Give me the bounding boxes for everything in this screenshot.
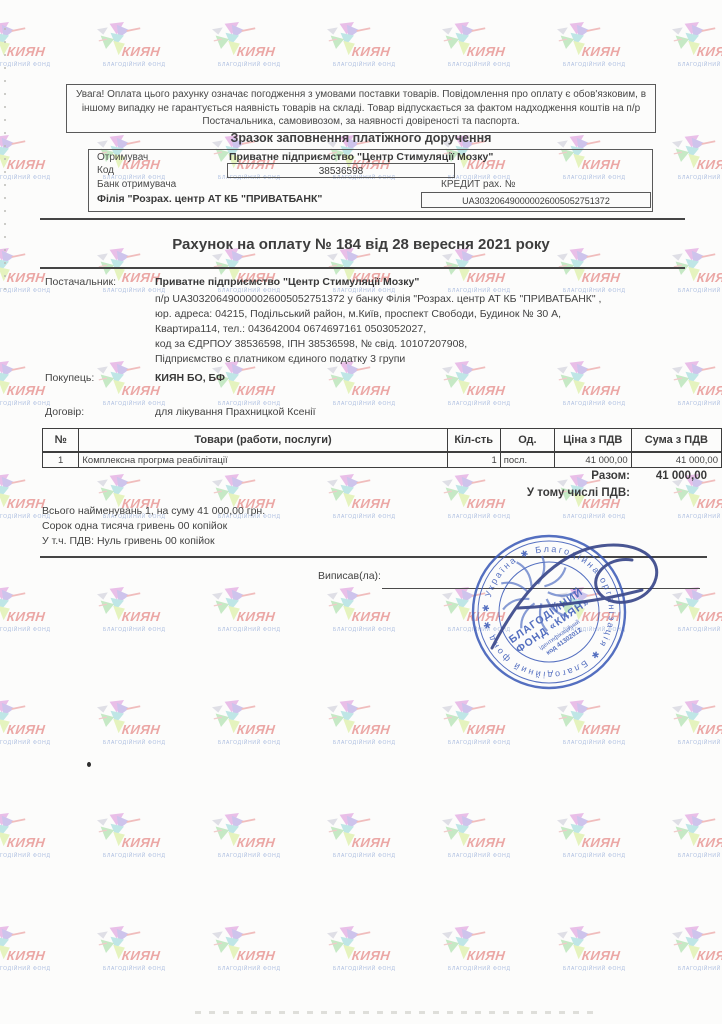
contract-label: Договір: [45, 406, 84, 418]
issued-by-label: Виписав(ла): [318, 570, 381, 582]
supplier-detail-line: юр. адреса: 04215, Подільський район, м.… [155, 307, 675, 322]
items-cell: 41 000,00 [554, 452, 631, 468]
supplier-details: п/р UA303206490000026005052751372 у банк… [155, 292, 675, 367]
items-cell: 41 000,00 [631, 452, 721, 468]
organization-stamp: ✱ Україна ✱ Благодійна організація ✱ Бла… [430, 498, 680, 728]
items-header-cell: Сума з ПДВ [631, 429, 721, 453]
recipient-label: Отримувач [97, 152, 148, 163]
buyer-name: КИЯН БО, БФ [155, 372, 225, 384]
items-cell: Комплексна прогрма реабілітації [79, 452, 447, 468]
credit-account-value: UA303206490000026005052751372 [421, 192, 651, 208]
recipient-code-value: 38536598 [227, 163, 455, 178]
items-header-cell: Ціна з ПДВ [554, 429, 631, 453]
supplier-name: Приватне підприємство "Центр Стимуляції … [155, 276, 419, 288]
invoice-page: КИЯНБЛАГОДІЙНИЙ ФОНДКИЯНБЛАГОДІЙНИЙ ФОНД… [0, 0, 722, 1024]
payment-sample-heading: Зразок заповнення платіжного доручення [0, 131, 722, 145]
items-row: 1Комплексна прогрма реабілітації1посл.41… [43, 452, 722, 468]
items-header-cell: Кіл-сть [447, 429, 500, 453]
recipient-bank-value: Філія "Розрах. центр АТ КБ "ПРИВАТБАНК" [97, 193, 322, 205]
supplier-label: Постачальник: [45, 276, 116, 288]
contract-value: для лікування Прахницкой Ксенії [155, 406, 316, 418]
summary-count-line: Всього найменувань 1, на суму 41 000,00 … [42, 505, 265, 517]
buyer-label: Покупець: [45, 372, 94, 384]
items-header-cell: № [43, 429, 79, 453]
recipient-bank-label: Банк отримувача [97, 179, 176, 190]
recipient-value: Приватне підприємство "Центр Стимуляції … [229, 151, 493, 163]
credit-account-label: КРЕДИТ рах. № [441, 179, 515, 190]
supplier-detail-line: п/р UA303206490000026005052751372 у банк… [155, 292, 675, 307]
summary-words-line: Сорок одна тисяча гривень 00 копійок [42, 520, 227, 532]
items-cell: посл. [500, 452, 554, 468]
divider [40, 218, 685, 220]
invoice-title: Рахунок на оплату № 184 від 28 вересня 2… [0, 236, 722, 253]
items-table: №Товари (работи, послуги)Кіл-стьОд.Ціна … [42, 428, 722, 468]
payment-sample-box: Отримувач Приватне підприємство "Центр С… [88, 149, 653, 212]
divider [40, 267, 685, 269]
payment-notice: Увага! Оплата цього рахунку означає пого… [66, 84, 656, 133]
summary-vat-line: У т.ч. ПДВ: Нуль гривень 00 копійок [42, 535, 215, 547]
items-header-cell: Од. [500, 429, 554, 453]
items-header-cell: Товари (работи, послуги) [79, 429, 447, 453]
supplier-detail-line: код за ЄДРПОУ 38536598, ІПН 38536598, № … [155, 337, 675, 352]
items-cell: 1 [447, 452, 500, 468]
supplier-detail-line: Квартира114, тел.: 043642004 0674697161 … [155, 322, 675, 337]
recipient-code-label: Код [97, 165, 114, 176]
total-value: 41 000,00 [600, 470, 707, 482]
items-cell: 1 [43, 452, 79, 468]
supplier-detail-line: Підприємство є платником єдиного податку… [155, 352, 675, 367]
